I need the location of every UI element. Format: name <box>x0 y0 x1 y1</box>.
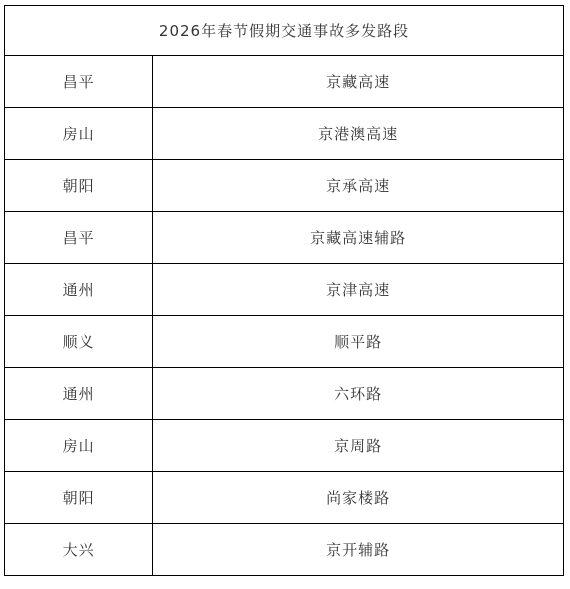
table-row: 朝阳京承高速 <box>5 160 564 212</box>
district-cell: 昌平 <box>5 212 153 264</box>
road-cell: 京周路 <box>153 420 564 472</box>
road-cell: 尚家楼路 <box>153 472 564 524</box>
district-cell: 通州 <box>5 368 153 420</box>
table-row: 通州京津高速 <box>5 264 564 316</box>
road-cell: 京津高速 <box>153 264 564 316</box>
table-row: 朝阳尚家楼路 <box>5 472 564 524</box>
road-cell: 京承高速 <box>153 160 564 212</box>
table-row: 通州六环路 <box>5 368 564 420</box>
district-cell: 通州 <box>5 264 153 316</box>
road-cell: 京藏高速辅路 <box>153 212 564 264</box>
table-title: 2026年春节假期交通事故多发路段 <box>5 6 564 56</box>
table-title-row: 2026年春节假期交通事故多发路段 <box>5 6 564 56</box>
table-row: 房山京周路 <box>5 420 564 472</box>
road-cell: 京开辅路 <box>153 524 564 576</box>
table-row: 顺义顺平路 <box>5 316 564 368</box>
district-cell: 房山 <box>5 108 153 160</box>
road-cell: 顺平路 <box>153 316 564 368</box>
district-cell: 朝阳 <box>5 472 153 524</box>
accident-table-container: 2026年春节假期交通事故多发路段 昌平京藏高速房山京港澳高速朝阳京承高速昌平京… <box>4 5 564 576</box>
table-row: 房山京港澳高速 <box>5 108 564 160</box>
district-cell: 大兴 <box>5 524 153 576</box>
district-cell: 昌平 <box>5 56 153 108</box>
table-row: 大兴京开辅路 <box>5 524 564 576</box>
district-cell: 顺义 <box>5 316 153 368</box>
table-body: 昌平京藏高速房山京港澳高速朝阳京承高速昌平京藏高速辅路通州京津高速顺义顺平路通州… <box>5 56 564 576</box>
table-row: 昌平京藏高速 <box>5 56 564 108</box>
road-cell: 六环路 <box>153 368 564 420</box>
road-cell: 京港澳高速 <box>153 108 564 160</box>
accident-table: 2026年春节假期交通事故多发路段 昌平京藏高速房山京港澳高速朝阳京承高速昌平京… <box>4 5 564 576</box>
road-cell: 京藏高速 <box>153 56 564 108</box>
district-cell: 房山 <box>5 420 153 472</box>
table-row: 昌平京藏高速辅路 <box>5 212 564 264</box>
district-cell: 朝阳 <box>5 160 153 212</box>
